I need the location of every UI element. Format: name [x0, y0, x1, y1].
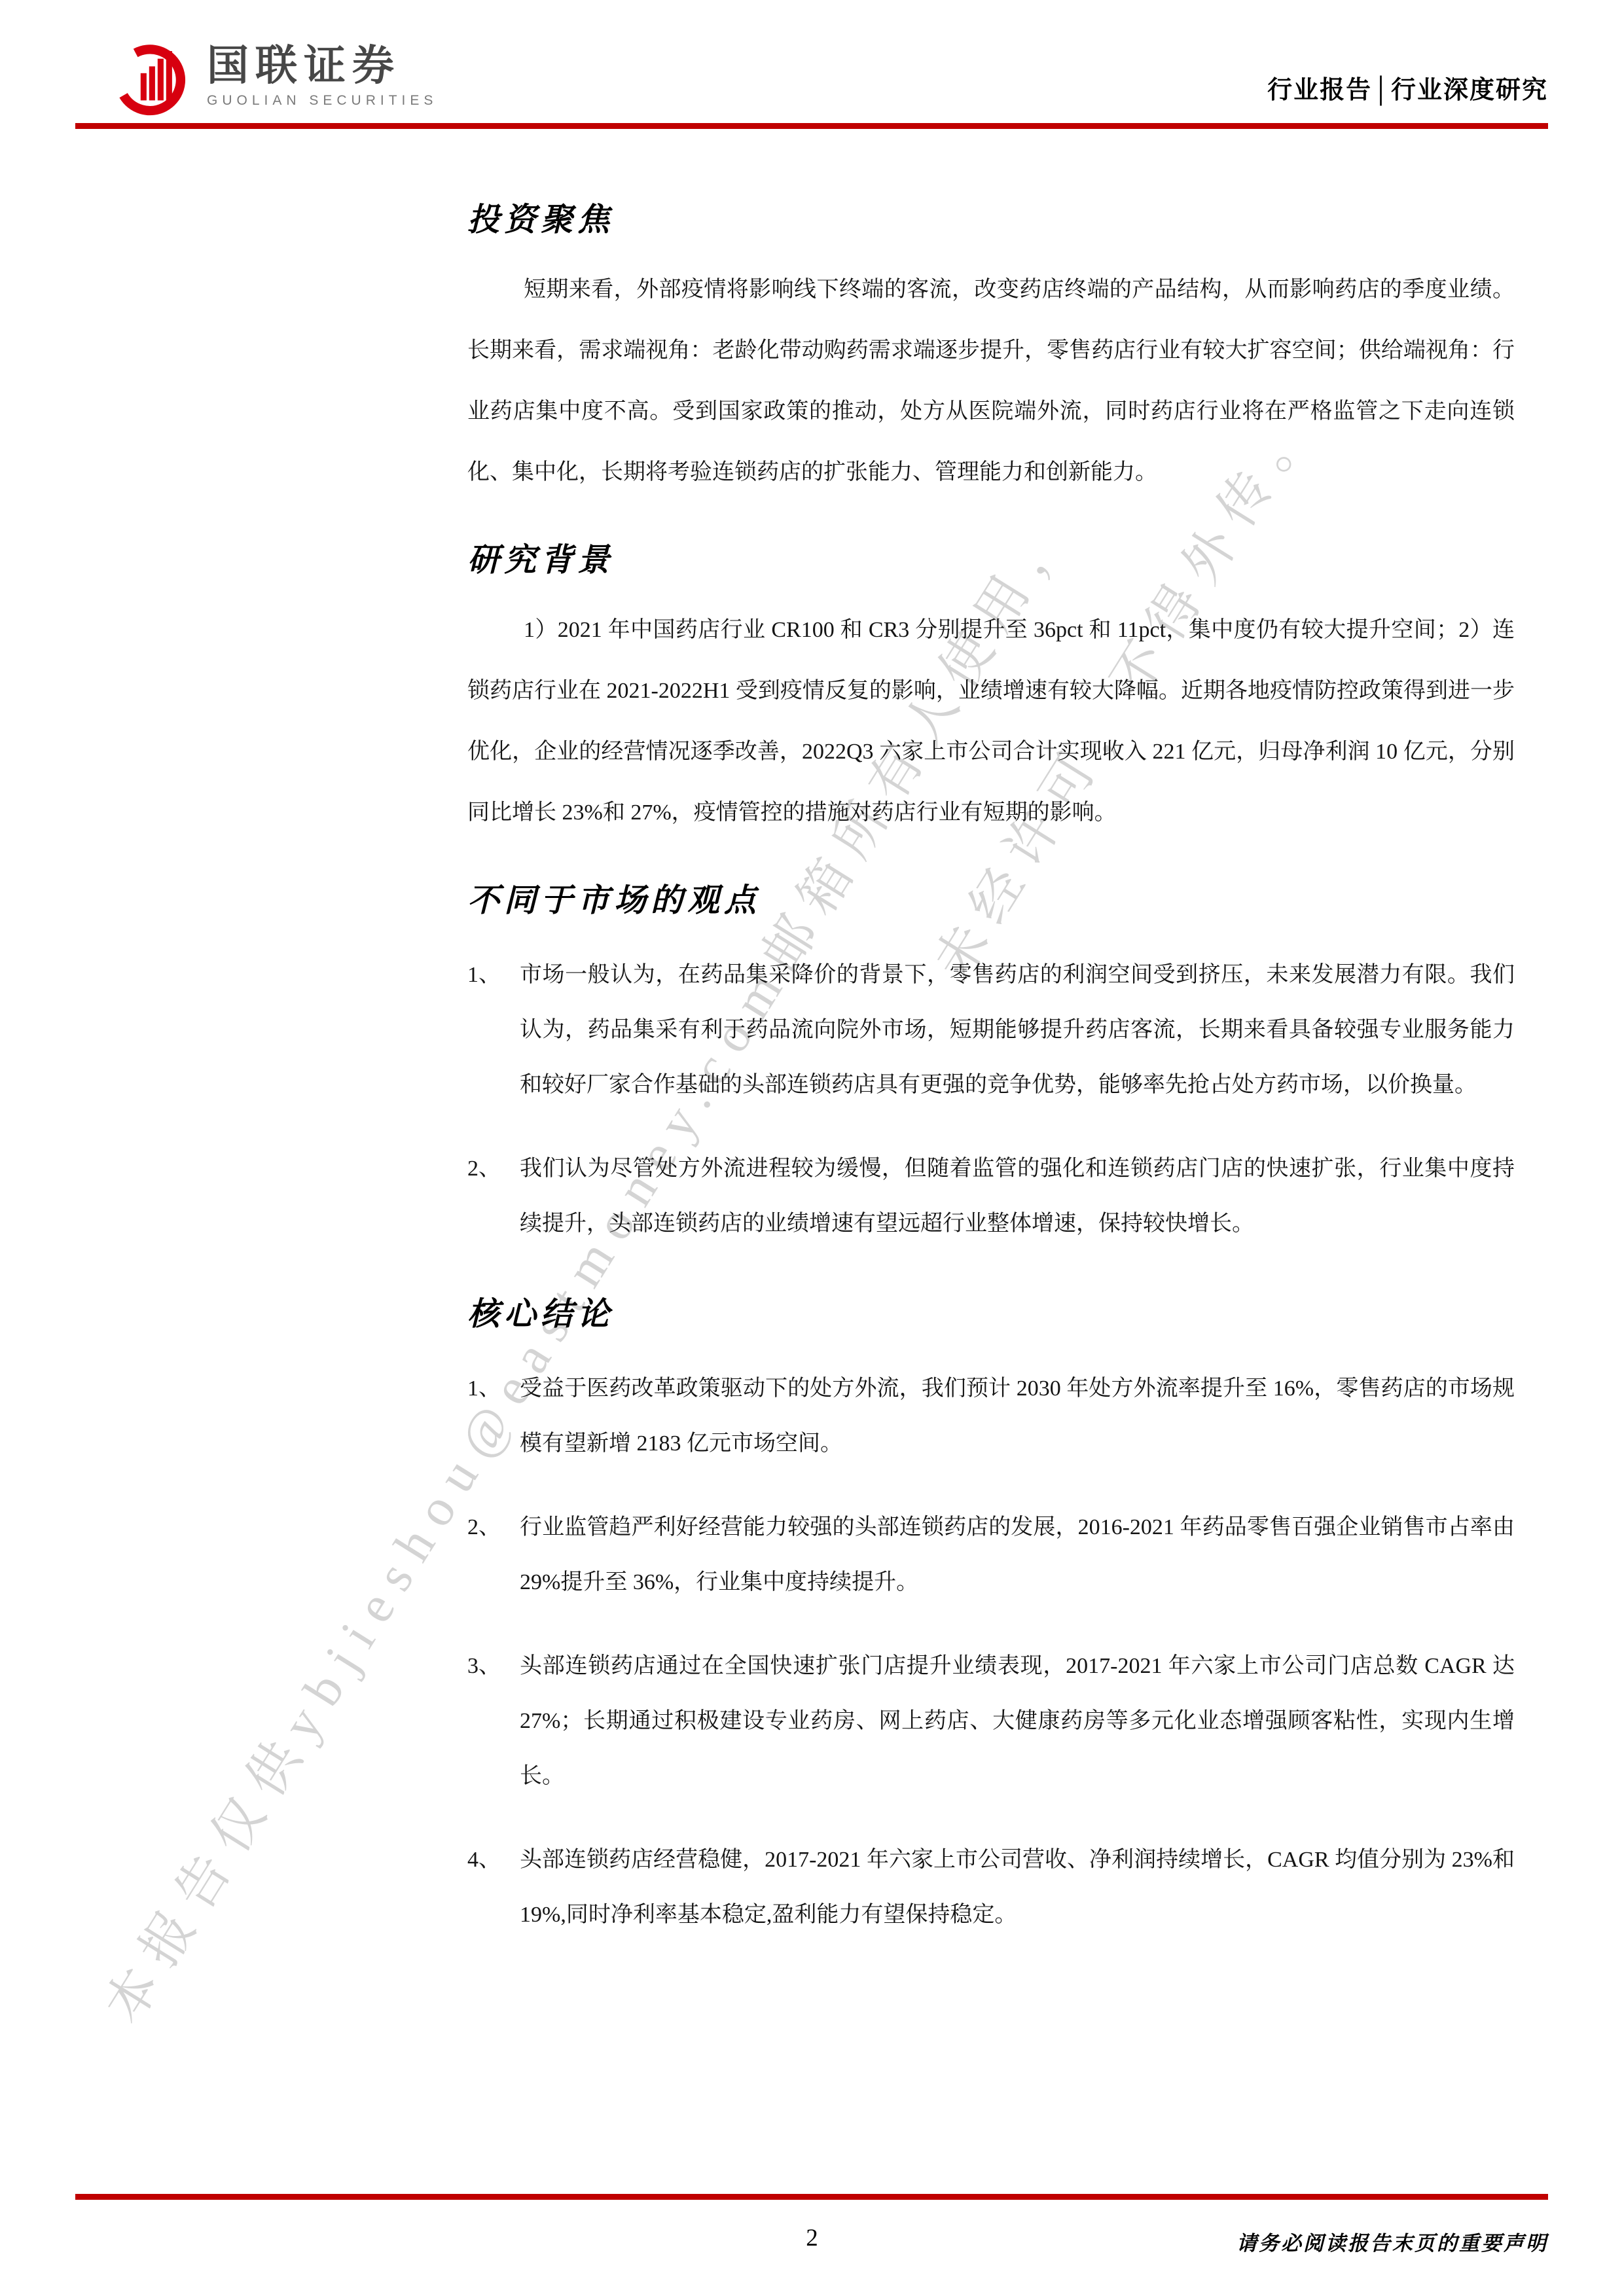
section-title-research-background: 研究背景: [467, 541, 1515, 580]
header-rule: [75, 123, 1548, 129]
item-text: 受益于医药改革政策驱动下的处方外流，我们预计 2030 年处方外流率提升至 16…: [520, 1361, 1515, 1471]
item-text: 我们认为尽管处方外流进程较为缓慢，但随着监管的强化和连锁药店门店的快速扩张，行业…: [520, 1141, 1515, 1251]
item-number: 2、: [467, 1500, 520, 1610]
item-number: 1、: [467, 948, 520, 1113]
report-type-label: 行业报告│行业深度研究: [1267, 69, 1548, 105]
list-item: 4、 头部连锁药店经营稳健，2017-2021 年六家上市公司营收、净利润持续增…: [467, 1833, 1515, 1943]
core-conclusions-list: 1、 受益于医药改革政策驱动下的处方外流，我们预计 2030 年处方外流率提升至…: [467, 1361, 1515, 1943]
research-background-paragraph: 1）2021 年中国药店行业 CR100 和 CR3 分别提升至 36pct 和…: [467, 600, 1515, 843]
list-item: 3、 头部连锁药店通过在全国快速扩张门店提升业绩表现，2017-2021 年六家…: [467, 1639, 1515, 1804]
logo-company-name-en: GUOLIAN SECURITIES: [207, 93, 437, 109]
item-number: 1、: [467, 1361, 520, 1471]
section-title-investment-focus: 投资聚焦: [467, 200, 1515, 240]
item-number: 4、: [467, 1833, 520, 1943]
item-number: 3、: [467, 1639, 520, 1804]
investment-focus-paragraph: 短期来看，外部疫情将影响线下终端的客流，改变药店终端的产品结构，从而影响药店的季…: [467, 259, 1515, 503]
different-views-list: 1、 市场一般认为，在药品集采降价的背景下，零售药店的利润空间受到挤压，未来发展…: [467, 948, 1515, 1251]
logo-text: 国联证券 GUOLIAN SECURITIES: [207, 34, 437, 109]
company-logo: 国联证券 GUOLIAN SECURITIES: [110, 34, 437, 119]
logo-crescent-bars-icon: [110, 34, 195, 119]
list-item: 1、 市场一般认为，在药品集采降价的背景下，零售药店的利润空间受到挤压，未来发展…: [467, 948, 1515, 1113]
section-title-different-views: 不同于市场的观点: [467, 881, 1515, 920]
item-text: 头部连锁药店经营稳健，2017-2021 年六家上市公司营收、净利润持续增长，C…: [520, 1833, 1515, 1943]
item-text: 市场一般认为，在药品集采降价的背景下，零售药店的利润空间受到挤压，未来发展潜力有…: [520, 948, 1515, 1113]
list-item: 1、 受益于医药改革政策驱动下的处方外流，我们预计 2030 年处方外流率提升至…: [467, 1361, 1515, 1471]
list-item: 2、 我们认为尽管处方外流进程较为缓慢，但随着监管的强化和连锁药店门店的快速扩张…: [467, 1141, 1515, 1251]
footer-disclaimer: 请务必阅读报告末页的重要声明: [1236, 2227, 1548, 2256]
item-text: 行业监管趋严利好经营能力较强的头部连锁药店的发展，2016-2021 年药品零售…: [520, 1500, 1515, 1610]
logo-company-name: 国联证券: [207, 45, 437, 86]
footer-rule: [75, 2194, 1548, 2200]
report-page: 本报告仅供ybjieshou@eastmoney.com邮箱所有人使用， 未经许…: [0, 0, 1624, 2296]
report-body: 投资聚焦 短期来看，外部疫情将影响线下终端的客流，改变药店终端的产品结构，从而影…: [467, 200, 1515, 1986]
item-text: 头部连锁药店通过在全国快速扩张门店提升业绩表现，2017-2021 年六家上市公…: [520, 1639, 1515, 1804]
section-title-core-conclusions: 核心结论: [467, 1295, 1515, 1334]
list-item: 2、 行业监管趋严利好经营能力较强的头部连锁药店的发展，2016-2021 年药…: [467, 1500, 1515, 1610]
item-number: 2、: [467, 1141, 520, 1251]
